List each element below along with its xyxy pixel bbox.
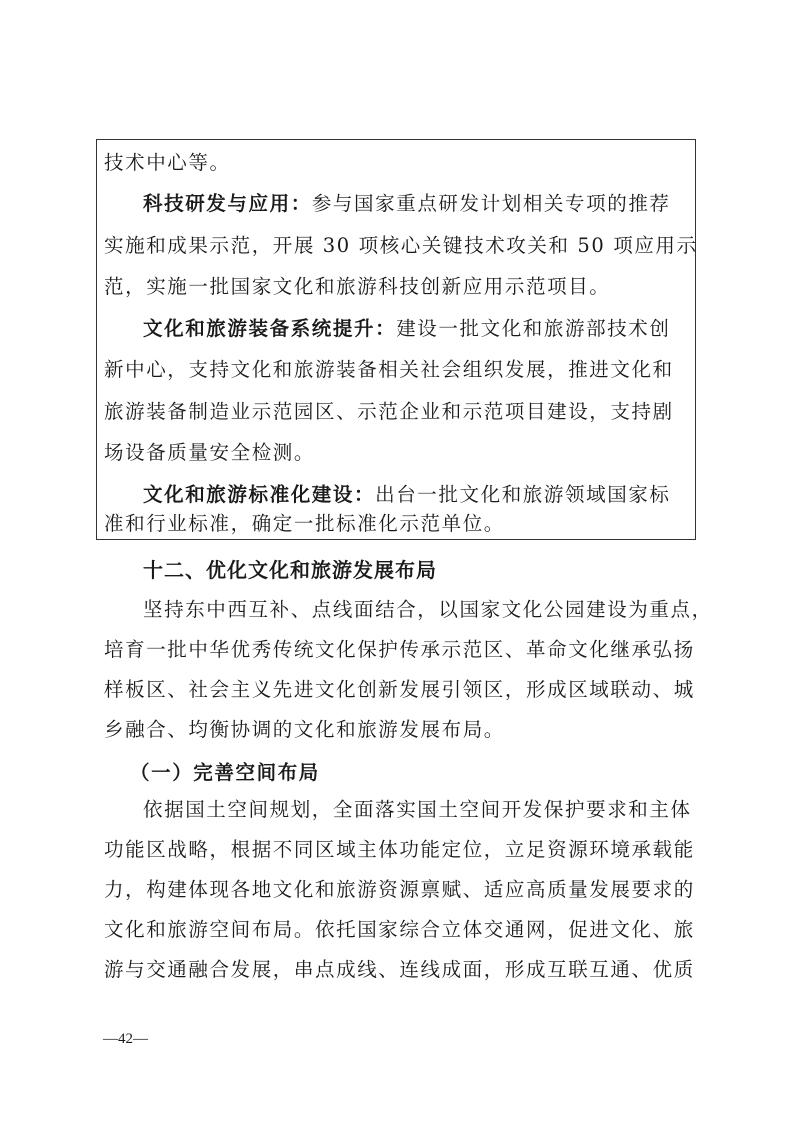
box-paragraph-standards: 文化和旅游标准化建设：出台一批文化和旅游领域国家标	[143, 482, 733, 508]
body-line: 培育一批中华优秀传统文化保护传承示范区、革命文化继承弘扬	[104, 637, 694, 663]
box-line: 旅游装备制造业示范园区、示范企业和示范项目建设，支持剧	[104, 399, 694, 425]
body-line: 样板区、社会主义先进文化创新发展引领区，形成区域联动、城	[104, 677, 694, 703]
box-line: 实施和成果示范，开展 30 项核心关键技术攻关和 50 项应用示	[104, 233, 694, 259]
body-line: 坚持东中西互补、点线面结合，以国家文化公园建设为重点，	[143, 597, 733, 623]
body-line: 依据国土空间规划，全面落实国土空间开发保护要求和主体	[143, 797, 733, 823]
page-number: —42—	[103, 1031, 148, 1048]
box-line: 场设备质量安全检测。	[104, 440, 694, 466]
body-line: 功能区战略，根据不同区域主体功能定位，立足资源环境承载能	[104, 837, 694, 863]
box-paragraph-tech-rd: 科技研发与应用：参与国家重点研发计划相关专项的推荐	[143, 191, 733, 217]
box-paragraph-equipment: 文化和旅游装备系统提升：建设一批文化和旅游部技术创	[143, 316, 733, 342]
box-item-text: 参与国家重点研发计划相关专项的推荐	[312, 192, 671, 215]
body-line: 乡融合、均衡协调的文化和旅游发展布局。	[104, 717, 694, 743]
box-item-text: 出台一批文化和旅游领域国家标	[375, 483, 670, 506]
subheading: （一）完善空间布局	[130, 757, 320, 785]
body-line: 文化和旅游空间布局。依托国家综合立体交通网，促进文化、旅	[104, 917, 694, 943]
section-heading: 十二、优化文化和旅游发展布局	[143, 554, 437, 583]
box-item-title: 文化和旅游标准化建设：	[143, 483, 375, 506]
body-line: 力，构建体现各地文化和旅游资源禀赋、适应高质量发展要求的	[104, 877, 694, 903]
box-line: 技术中心等。	[104, 150, 694, 176]
box-item-title: 科技研发与应用：	[143, 192, 312, 215]
box-line: 准和行业标准，确定一批标准化示范单位。	[104, 511, 694, 537]
body-line: 游与交通融合发展，串点成线、连线成面，形成互联互通、优质	[104, 957, 694, 983]
box-item-text: 建设一批文化和旅游部技术创	[396, 317, 670, 340]
box-line: 新中心，支持文化和旅游装备相关社会组织发展，推进文化和	[104, 357, 694, 383]
box-item-title: 文化和旅游装备系统提升：	[143, 317, 396, 340]
box-line: 范，实施一批国家文化和旅游科技创新应用示范项目。	[104, 274, 694, 300]
